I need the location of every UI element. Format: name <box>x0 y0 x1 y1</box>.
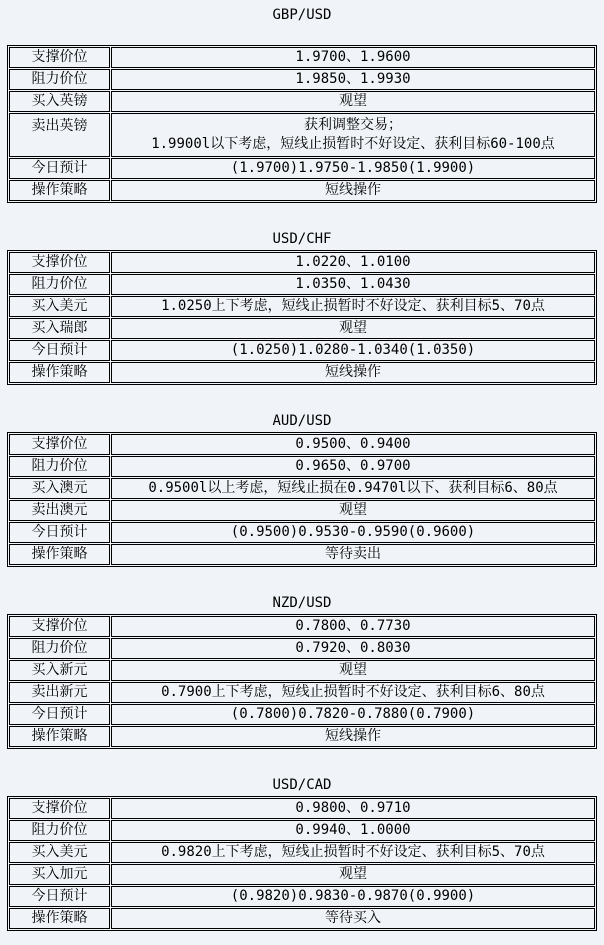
row-strategy: 操作策略 短线操作 <box>9 362 595 383</box>
row-forecast: 今日预计 (0.7800)0.7820-0.7880(0.7900) <box>9 704 595 725</box>
row-resistance: 阻力价位 1.9850、1.9930 <box>9 69 595 90</box>
row-sell-gbp: 卖出英镑 获利调整交易； 1.9900l以下考虑，短线止损暂时不好设定、获利目标… <box>9 113 595 157</box>
row-value: 0.7900上下考虑，短线止损暂时不好设定、获利目标6、80点 <box>111 682 595 703</box>
row-buy-gbp: 买入英镑 观望 <box>9 91 595 112</box>
row-label: 卖出澳元 <box>9 500 110 521</box>
row-label: 操作策略 <box>9 726 110 747</box>
row-value: 1.9850、1.9930 <box>111 69 595 90</box>
row-label: 买入英镑 <box>9 91 110 112</box>
row-value: 0.9820上下考虑，短线止损暂时不好设定、获利目标5、70点 <box>111 842 595 863</box>
section-usd-cad: USD/CAD 支撑价位 0.9800、0.9710 阻力价位 0.9940、1… <box>7 778 597 931</box>
row-label: 支撑价位 <box>9 616 110 637</box>
row-label: 今日预计 <box>9 158 110 179</box>
row-label: 阻力价位 <box>9 638 110 659</box>
pair-title-usd-chf: USD/CHF <box>7 232 597 246</box>
row-value: 短线操作 <box>111 180 595 201</box>
row-label: 今日预计 <box>9 340 110 361</box>
row-label: 操作策略 <box>9 180 110 201</box>
row-value: 1.0220、1.0100 <box>111 252 595 273</box>
row-label: 操作策略 <box>9 544 110 565</box>
section-nzd-usd: NZD/USD 支撑价位 0.7800、0.7730 阻力价位 0.7920、0… <box>7 596 597 749</box>
row-strategy: 操作策略 短线操作 <box>9 726 595 747</box>
row-label: 买入瑞郎 <box>9 318 110 339</box>
row-sell-aud: 卖出澳元 观望 <box>9 500 595 521</box>
row-support: 支撑价位 0.9500、0.9400 <box>9 434 595 455</box>
row-buy-usd: 买入美元 1.0250上下考虑，短线止损暂时不好设定、获利目标5、70点 <box>9 296 595 317</box>
row-value: 1.0350、1.0430 <box>111 274 595 295</box>
row-value: 0.9500l以上考虑，短线止损在0.9470l以下、获利目标6、80点 <box>111 478 595 499</box>
row-label: 卖出新元 <box>9 682 110 703</box>
row-value: 0.7800、0.7730 <box>111 616 595 637</box>
pair-title-nzd-usd: NZD/USD <box>7 596 597 610</box>
row-value: 等待卖出 <box>111 544 595 565</box>
row-value: 0.9940、1.0000 <box>111 820 595 841</box>
row-forecast: 今日预计 (1.9700)1.9750-1.9850(1.9900) <box>9 158 595 179</box>
row-sell-nzd: 卖出新元 0.7900上下考虑，短线止损暂时不好设定、获利目标6、80点 <box>9 682 595 703</box>
row-value: 观望 <box>111 318 595 339</box>
row-label: 支撑价位 <box>9 434 110 455</box>
usd-cad-table: 支撑价位 0.9800、0.9710 阻力价位 0.9940、1.0000 买入… <box>7 796 597 931</box>
row-label: 买入新元 <box>9 660 110 681</box>
row-label: 操作策略 <box>9 908 110 929</box>
row-forecast: 今日预计 (0.9820)0.9830-0.9870(0.9900) <box>9 886 595 907</box>
row-label: 阻力价位 <box>9 456 110 477</box>
row-buy-chf: 买入瑞郎 观望 <box>9 318 595 339</box>
row-value: 0.9800、0.9710 <box>111 798 595 819</box>
row-value: 短线操作 <box>111 362 595 383</box>
row-resistance: 阻力价位 1.0350、1.0430 <box>9 274 595 295</box>
row-strategy: 操作策略 短线操作 <box>9 180 595 201</box>
pair-title-aud-usd: AUD/USD <box>7 414 597 428</box>
row-value: 0.7920、0.8030 <box>111 638 595 659</box>
row-label: 今日预计 <box>9 704 110 725</box>
row-value: (0.7800)0.7820-0.7880(0.7900) <box>111 704 595 725</box>
row-label: 卖出英镑 <box>9 113 110 157</box>
row-value: 观望 <box>111 500 595 521</box>
row-value: 0.9500、0.9400 <box>111 434 595 455</box>
row-value: (1.9700)1.9750-1.9850(1.9900) <box>111 158 595 179</box>
row-label: 支撑价位 <box>9 798 110 819</box>
row-value: (0.9820)0.9830-0.9870(0.9900) <box>111 886 595 907</box>
row-resistance: 阻力价位 0.9650、0.9700 <box>9 456 595 477</box>
row-label: 买入澳元 <box>9 478 110 499</box>
row-strategy: 操作策略 等待买入 <box>9 908 595 929</box>
row-value: 短线操作 <box>111 726 595 747</box>
row-resistance: 阻力价位 0.7920、0.8030 <box>9 638 595 659</box>
row-value: 等待买入 <box>111 908 595 929</box>
row-strategy: 操作策略 等待卖出 <box>9 544 595 565</box>
row-label: 今日预计 <box>9 522 110 543</box>
row-value: 1.0250上下考虑，短线止损暂时不好设定、获利目标5、70点 <box>111 296 595 317</box>
row-value: (1.0250)1.0280-1.0340(1.0350) <box>111 340 595 361</box>
row-label: 买入加元 <box>9 864 110 885</box>
row-support: 支撑价位 0.9800、0.9710 <box>9 798 595 819</box>
section-aud-usd: AUD/USD 支撑价位 0.9500、0.9400 阻力价位 0.9650、0… <box>7 414 597 567</box>
row-buy-aud: 买入澳元 0.9500l以上考虑，短线止损在0.9470l以下、获利目标6、80… <box>9 478 595 499</box>
row-value: 1.9700、1.9600 <box>111 47 595 68</box>
row-label: 买入美元 <box>9 296 110 317</box>
row-label: 阻力价位 <box>9 820 110 841</box>
row-support: 支撑价位 0.7800、0.7730 <box>9 616 595 637</box>
aud-usd-table: 支撑价位 0.9500、0.9400 阻力价位 0.9650、0.9700 买入… <box>7 432 597 567</box>
row-label: 今日预计 <box>9 886 110 907</box>
pair-title-usd-cad: USD/CAD <box>7 778 597 792</box>
row-forecast: 今日预计 (0.9500)0.9530-0.9590(0.9600) <box>9 522 595 543</box>
section-gbp-usd: GBP/USD 支撑价位 1.9700、1.9600 阻力价位 1.9850、1… <box>7 8 597 203</box>
usd-chf-table: 支撑价位 1.0220、1.0100 阻力价位 1.0350、1.0430 买入… <box>7 250 597 385</box>
row-forecast: 今日预计 (1.0250)1.0280-1.0340(1.0350) <box>9 340 595 361</box>
nzd-usd-table: 支撑价位 0.7800、0.7730 阻力价位 0.7920、0.8030 买入… <box>7 614 597 749</box>
row-label: 支撑价位 <box>9 252 110 273</box>
row-value: 0.9650、0.9700 <box>111 456 595 477</box>
row-value: 观望 <box>111 660 595 681</box>
gbp-usd-table: 支撑价位 1.9700、1.9600 阻力价位 1.9850、1.9930 买入… <box>7 45 597 203</box>
row-value: (0.9500)0.9530-0.9590(0.9600) <box>111 522 595 543</box>
row-value: 观望 <box>111 91 595 112</box>
row-buy-cad: 买入加元 观望 <box>9 864 595 885</box>
row-buy-nzd: 买入新元 观望 <box>9 660 595 681</box>
pair-title-gbp-usd: GBP/USD <box>7 8 597 22</box>
row-label: 操作策略 <box>9 362 110 383</box>
row-support: 支撑价位 1.9700、1.9600 <box>9 47 595 68</box>
forex-daily-report: GBP/USD 支撑价位 1.9700、1.9600 阻力价位 1.9850、1… <box>0 0 604 931</box>
row-label: 阻力价位 <box>9 69 110 90</box>
row-label: 阻力价位 <box>9 274 110 295</box>
row-resistance: 阻力价位 0.9940、1.0000 <box>9 820 595 841</box>
row-label: 支撑价位 <box>9 47 110 68</box>
section-usd-chf: USD/CHF 支撑价位 1.0220、1.0100 阻力价位 1.0350、1… <box>7 232 597 385</box>
row-label: 买入美元 <box>9 842 110 863</box>
row-support: 支撑价位 1.0220、1.0100 <box>9 252 595 273</box>
row-value: 获利调整交易； 1.9900l以下考虑，短线止损暂时不好设定、获利目标60-10… <box>111 113 595 157</box>
row-value: 观望 <box>111 864 595 885</box>
row-buy-usd: 买入美元 0.9820上下考虑，短线止损暂时不好设定、获利目标5、70点 <box>9 842 595 863</box>
